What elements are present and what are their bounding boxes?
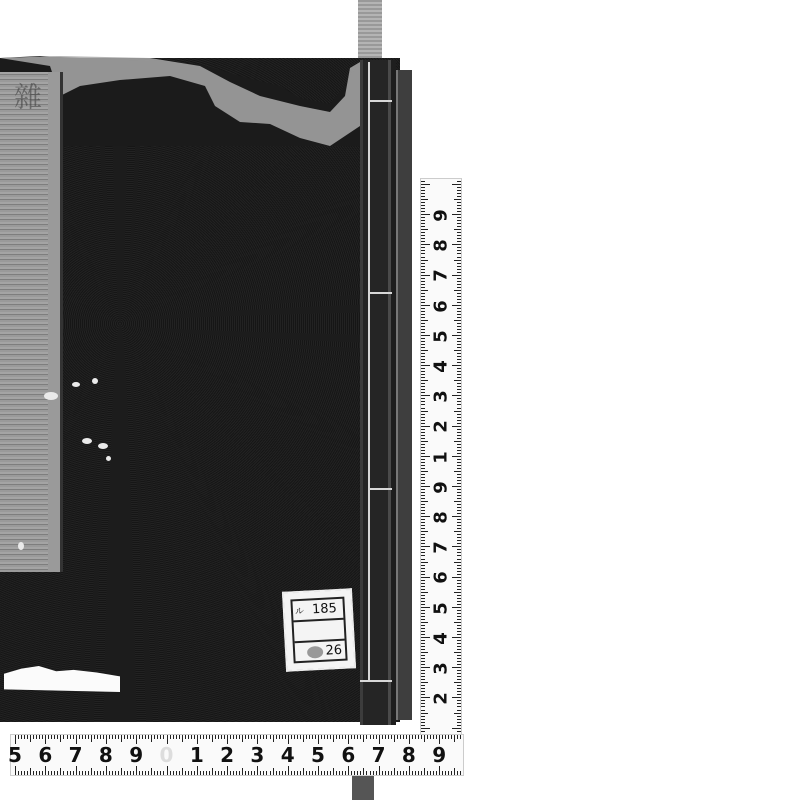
ruler-tick [460,771,461,775]
ruler-tick [457,519,461,520]
ruler-tick [421,625,425,626]
ruler-tick [121,768,122,775]
ruler-tick [421,401,425,402]
ruler-tick [421,664,425,665]
ruler-tick [421,688,425,689]
ruler-tick [445,771,446,775]
catalog-volume: 26 [325,643,342,659]
ruler-tick [457,314,461,315]
title-slip-text: 雜 [6,82,46,120]
ruler-tick [457,453,461,454]
ruler-tick [266,771,267,775]
ruler-tick [100,735,101,739]
ruler-tick [173,771,174,775]
ruler-tick [457,574,461,575]
ruler-tick [306,771,307,775]
ruler-tick [457,323,461,324]
ruler-tick [454,380,461,381]
ruler-tick [421,592,428,593]
ruler-tick [452,486,461,487]
ruler-tick [452,728,461,729]
ruler-tick [457,483,461,484]
ruler-tick [394,768,395,775]
ruler-tick [457,559,461,560]
ruler-tick [421,691,425,692]
ruler-tick [457,344,461,345]
ruler-tick [397,771,398,775]
ruler-tick [457,655,461,656]
ruler-tick [197,766,198,775]
ruler-tick [457,735,458,739]
ruler-tick [303,768,304,775]
ruler-tick [312,735,313,739]
ruler-tick [421,420,425,421]
ruler-tick [245,735,246,739]
ruler-tick [42,771,43,775]
ruler-label: 5 [431,326,452,346]
ruler-tick [182,735,183,742]
ruler-tick [421,414,425,415]
ruler-tick [324,735,325,739]
ruler-tick [203,735,204,739]
ruler-tick [457,513,461,514]
ruler-label: 8 [431,236,452,256]
ruler-tick [457,220,461,221]
ruler-tick [70,771,71,775]
ruler-tick [421,377,425,378]
ruler-tick [457,661,461,662]
ruler-tick [457,670,461,671]
ruler-tick [421,510,425,511]
ruler-tick [118,735,119,739]
ruler-tick [421,386,425,387]
ruler-tick [421,257,425,258]
ruler-tick [421,489,425,490]
ruler-tick [421,426,430,427]
book-photo: 雜 ル 185 26 [0,0,800,800]
ruler-tick [373,735,374,739]
ruler-tick [457,326,461,327]
ruler-tick [251,771,252,775]
stamp-icon [307,645,324,658]
ruler-tick [457,586,461,587]
ruler-tick [457,420,461,421]
ruler-tick [457,392,461,393]
ruler-tick [454,411,461,412]
ruler-tick [454,735,455,742]
ruler-tick [421,229,428,230]
ruler-tick [242,768,243,775]
ruler-tick [452,426,461,427]
ruler-tick [457,537,461,538]
ruler-tick [160,771,161,775]
ruler-tick [457,495,461,496]
ruler-tick [457,196,461,197]
ruler-tick [406,771,407,775]
ruler-tick [421,429,425,430]
ruler-tick [333,735,334,742]
ruler-tick [421,208,425,209]
ruler-tick [345,771,346,775]
ruler-tick [421,241,425,242]
ruler-tick [421,408,425,409]
ruler-tick [327,771,328,775]
ruler-tick [457,450,461,451]
ruler-tick [452,365,461,366]
ruler-tick [421,272,425,273]
ruler-tick [221,771,222,775]
ruler-tick [454,229,461,230]
ruler-tick [457,383,461,384]
ruler-tick [421,269,425,270]
ruler-tick [251,735,252,739]
ruler-tick [457,565,461,566]
ruler-tick [357,735,358,739]
ruler-tick [421,462,425,463]
ruler-tick [421,589,425,590]
ruler-tick [79,735,80,739]
ruler-tick [421,450,425,451]
ruler-tick [212,768,213,775]
binding-stitch [370,100,392,102]
ruler-tick [94,735,95,739]
ruler-tick [457,187,461,188]
ruler-tick [421,260,428,261]
ruler-tick [457,725,461,726]
ruler-tick [451,735,452,739]
ruler-tick [33,735,34,739]
ruler-tick [457,444,461,445]
ruler-tick [452,275,461,276]
ruler-tick [421,646,425,647]
ruler-tick [454,320,461,321]
ruler-tick [418,735,419,739]
ruler-tick [145,735,146,739]
ruler-tick [421,719,425,720]
ruler-tick [421,658,425,659]
catalog-label-frame: ル 185 26 [290,597,347,664]
ruler-tick [239,771,240,775]
ruler-tick [224,771,225,775]
ruler-tick [457,643,461,644]
ruler-label: 1 [187,743,207,767]
ruler-tick [457,534,461,535]
ruler-tick [363,768,364,775]
ruler-tick [421,716,425,717]
ruler-tick [421,411,428,412]
ruler-tick [354,771,355,775]
ruler-tick [421,492,425,493]
ruler-tick [421,423,425,424]
ruler-tick [454,652,461,653]
ruler-tick [82,771,83,775]
ruler-tick [421,598,425,599]
ruler-tick [36,735,37,739]
ruler-label: 5 [5,743,25,767]
ruler-tick [457,438,461,439]
ruler-tick [421,214,430,215]
ruler-tick [457,371,461,372]
ruler-tick [421,486,430,487]
ruler-tick [457,223,461,224]
ruler-tick [63,771,64,775]
ruler-tick [312,771,313,775]
ruler-tick [457,284,461,285]
ruler-tick [457,477,461,478]
ruler-label: 7 [66,743,86,767]
ruler-tick [421,477,425,478]
ruler-tick [421,299,425,300]
ruler-tick [457,716,461,717]
ruler-tick [24,735,25,739]
ruler-tick [457,263,461,264]
ruler-tick [433,771,434,775]
ruler-tick [282,735,283,739]
damage-spot [18,542,24,550]
ruler-tick [457,685,461,686]
ruler-tick [457,568,461,569]
ruler-tick [421,655,425,656]
ruler-tick [421,604,425,605]
ruler-tick [91,735,92,742]
ruler-label: 2 [431,417,452,437]
ruler-tick [167,766,168,775]
ruler-tick [454,562,461,563]
ruler-tick [421,622,428,623]
ruler-tick [421,456,430,457]
ruler-tick [421,329,425,330]
ruler-tick [457,356,461,357]
ruler-tick [257,766,258,775]
ruler-tick [403,771,404,775]
ruler-label: 9 [431,206,452,226]
ruler-tick [336,735,337,739]
ruler-tick [454,471,461,472]
book-spine [360,60,396,725]
ruler-tick [421,700,425,701]
ruler-tick [230,735,231,739]
ruler-tick [421,513,425,514]
ruler-tick [324,771,325,775]
ruler-tick [421,353,425,354]
ruler-tick [173,735,174,739]
ruler-tick [421,290,428,291]
ruler-label: 1 [431,447,452,467]
ruler-tick [421,722,425,723]
ruler-tick [421,362,425,363]
ruler-tick [48,735,49,739]
ruler-tick [421,634,425,635]
ruler-tick [70,735,71,739]
ruler-tick [421,190,425,191]
ruler-tick [421,697,430,698]
ruler-tick [454,199,461,200]
ruler-tick [421,583,425,584]
ruler-tick [421,199,428,200]
ruler-tick [242,735,243,742]
ruler-tick [457,595,461,596]
ruler-tick [457,589,461,590]
ruler-tick [394,735,395,742]
ruler-tick [421,474,425,475]
ruler-tick [421,661,425,662]
ruler-tick [18,735,19,739]
ruler-tick [421,465,425,466]
ruler-label: 9 [431,477,452,497]
ruler-tick [127,771,128,775]
ruler-tick [421,311,425,312]
ruler-tick [421,223,425,224]
ruler-tick [403,735,404,739]
ruler-tick [273,768,274,775]
ruler-tick [457,706,461,707]
ruler-tick [157,771,158,775]
ruler-tick [457,462,461,463]
ruler-label: 3 [431,387,452,407]
ruler-tick [94,771,95,775]
damage-spot [98,443,108,449]
ruler-tick [321,771,322,775]
ruler-tick [30,768,31,775]
ruler-tick [457,628,461,629]
catalog-prefix: ル [295,607,305,617]
ruler-tick [452,697,461,698]
ruler-tick [457,272,461,273]
ruler-tick [421,735,422,739]
ruler-tick [273,735,274,742]
ruler-tick [421,519,425,520]
page-tab [352,772,374,800]
ruler-tick [163,771,164,775]
catalog-label-row: 26 [295,641,346,663]
ruler-tick [421,447,425,448]
ruler-tick [454,592,461,593]
ruler-tick [421,571,425,572]
ruler-tick [421,368,425,369]
ruler-tick [421,326,425,327]
ruler-tick [385,771,386,775]
ruler-tick [27,771,28,775]
ruler-tick [97,771,98,775]
ruler-tick [254,735,255,739]
ruler-tick [457,362,461,363]
ruler-tick [457,610,461,611]
ruler-tick [309,771,310,775]
ruler-label: 2 [217,743,237,767]
ruler-tick [421,601,425,602]
ruler-tick [270,735,271,739]
ruler-label: 7 [369,743,389,767]
ruler-tick [452,184,461,185]
ruler-tick [457,414,461,415]
ruler-tick [209,735,210,739]
ruler-tick [457,217,461,218]
ruler-tick [73,735,74,739]
ruler-tick [457,676,461,677]
ruler-tick [421,710,425,711]
ruler-tick [215,771,216,775]
ruler-tick [421,193,425,194]
ruler-tick [351,771,352,775]
ruler-tick [254,771,255,775]
ruler-tick [421,574,425,575]
ruler-tick [421,287,425,288]
ruler-tick [421,586,425,587]
ruler-tick [457,247,461,248]
ruler-tick [421,483,425,484]
ruler-tick [400,735,401,739]
ruler-tick [421,371,425,372]
ruler-tick [67,735,68,739]
ruler-tick [457,613,461,614]
ruler-tick [288,766,289,775]
ruler-tick [421,568,425,569]
ruler-tick [454,682,461,683]
ruler-tick [457,317,461,318]
ruler-tick [285,735,286,739]
ruler-tick [457,404,461,405]
ruler-tick [179,771,180,775]
ruler-tick [421,543,425,544]
ruler-tick [457,347,461,348]
ruler-tick [406,735,407,739]
ruler-tick [457,583,461,584]
ruler-label: 4 [431,357,452,377]
ruler-tick [157,735,158,739]
ruler-tick [421,284,425,285]
ruler-tick [457,308,461,309]
ruler-tick [21,771,22,775]
ruler-tick [457,299,461,300]
ruler-tick [457,296,461,297]
ruler-tick [327,735,328,739]
ruler-tick [279,735,280,739]
ruler-tick [457,631,461,632]
ruler-tick [452,335,461,336]
ruler-tick [139,771,140,775]
ruler-tick [457,253,461,254]
ruler-tick [421,359,425,360]
ruler-label: 7 [431,266,452,286]
ruler-tick [421,628,425,629]
catalog-label: ル 185 26 [282,588,356,672]
ruler-tick [457,604,461,605]
ruler-tick [248,735,249,739]
ruler-tick [179,735,180,739]
ruler-tick [457,468,461,469]
ruler-tick [448,735,449,739]
ruler-tick [421,344,425,345]
ruler-tick [421,507,425,508]
ruler-tick [457,616,461,617]
ruler-tick [421,205,425,206]
ruler-tick [421,537,425,538]
ruler-tick [388,735,389,739]
ruler-tick [409,766,410,775]
ruler-tick [103,771,104,775]
ruler-label: 5 [308,743,328,767]
ruler-tick [457,598,461,599]
ruler-tick [421,673,425,674]
ruler-tick [454,441,461,442]
ruler-tick [282,771,283,775]
ruler-tick [421,441,428,442]
ruler-tick [351,735,352,739]
ruler-tick [54,735,55,739]
catalog-label-row: ル 185 [292,599,343,623]
ruler-tick [106,766,107,775]
ruler-tick [88,771,89,775]
